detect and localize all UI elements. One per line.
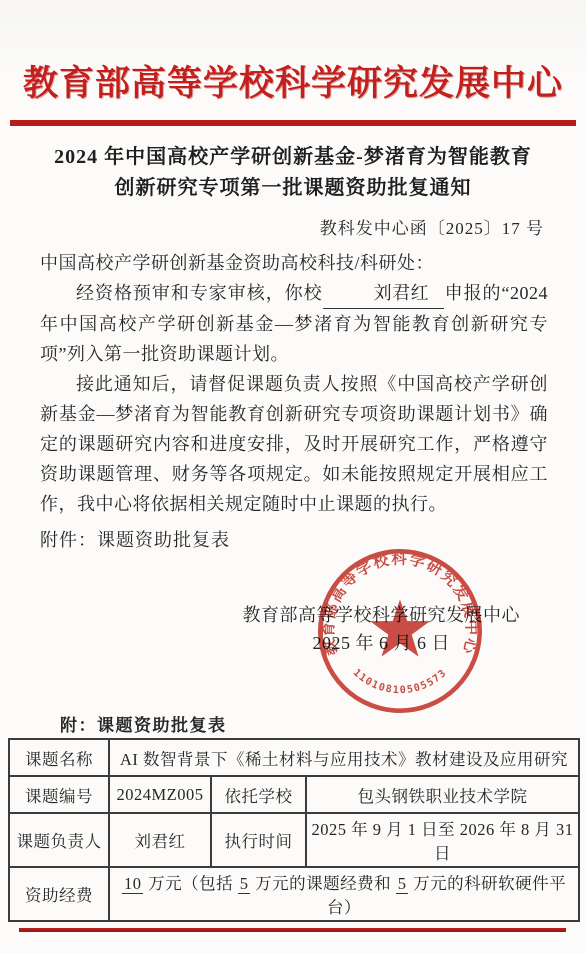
table-row-funding: 资助经费 10 万元（包括 5 万元的课题经费和 5 万元的科研软硬件平台） (9, 867, 579, 921)
svg-text:11010810505573: 11010810505573 (351, 667, 450, 696)
document-title-line1: 2024 年中国高校产学研创新基金-梦渚育为智能教育 (0, 142, 586, 173)
label-execution-period: 执行时间 (211, 813, 306, 867)
value-project-leader: 刘君红 (109, 813, 211, 867)
reference-number: 教科发中心函〔2025〕17 号 (0, 216, 586, 242)
table-row-project-id: 课题编号 2024MZ005 依托学校 包头钢铁职业技术学院 (9, 776, 579, 813)
applicant-name: 刘君红 (323, 278, 445, 309)
seal-registration-number: 11010810505573 (351, 667, 450, 696)
footer-divider (19, 928, 566, 932)
letterhead-divider (10, 120, 576, 126)
attachment-note: 附件：课题资助批复表 (0, 525, 586, 555)
notice-body: 中国高校产学研创新基金资助高校科技/科研处： 经资格预审和专家审核，你校刘君红申… (40, 248, 548, 519)
approval-table: 课题名称 AI 数智背景下《稀土材料与应用技术》教材建设及应用研究 课题编号 2… (8, 738, 580, 922)
value-project-id: 2024MZ005 (109, 776, 211, 813)
value-execution-period: 2025 年 9 月 1 日至 2026 年 8 月 31 日 (306, 813, 579, 867)
signature-org: 教育部高等学校科学研究发展中心 (243, 601, 521, 629)
document-title: 2024 年中国高校产学研创新基金-梦渚育为智能教育 创新研究专项第一批课题资助… (0, 142, 586, 204)
paragraph-requirements: 接此通知后，请督促课题负责人按照《中国高校产学研创新基金—梦渚育为智能教育创新研… (40, 369, 548, 519)
value-host-school: 包头钢铁职业技术学院 (306, 776, 579, 813)
value-funding: 10 万元（包括 5 万元的课题经费和 5 万元的科研软硬件平台） (109, 867, 579, 921)
label-funding: 资助经费 (9, 867, 109, 921)
label-project-leader: 课题负责人 (9, 813, 109, 867)
document-title-line2: 创新研究专项第一批课题资助批复通知 (0, 173, 586, 204)
signature-date: 2025 年 6 月 6 日 (243, 629, 521, 657)
value-project-name: AI 数智背景下《稀土材料与应用技术》教材建设及应用研究 (109, 739, 579, 776)
table-caption: 附：课题资助批复表 (60, 711, 586, 736)
table-row-project-name: 课题名称 AI 数智背景下《稀土材料与应用技术》教材建设及应用研究 (9, 739, 579, 776)
signature-block: 教育部高等学校科学研究发展中心 2025 年 6 月 6 日 (243, 601, 521, 657)
label-project-name: 课题名称 (9, 739, 109, 776)
salutation: 中国高校产学研创新基金资助高校科技/科研处： (40, 248, 548, 278)
paragraph-approval: 经资格预审和专家审核，你校刘君红申报的“2024 年中国高校产学研创新基金—梦渚… (40, 278, 548, 369)
label-host-school: 依托学校 (211, 776, 306, 813)
letterhead-org-name: 教育部高等学校科学研究发展中心 (0, 56, 586, 112)
table-row-project-leader: 课题负责人 刘君红 执行时间 2025 年 9 月 1 日至 2026 年 8 … (9, 813, 579, 867)
label-project-id: 课题编号 (9, 776, 109, 813)
scanned-notice-document: 教育部高等学校科学研究发展中心 2024 年中国高校产学研创新基金-梦渚育为智能… (0, 0, 586, 954)
